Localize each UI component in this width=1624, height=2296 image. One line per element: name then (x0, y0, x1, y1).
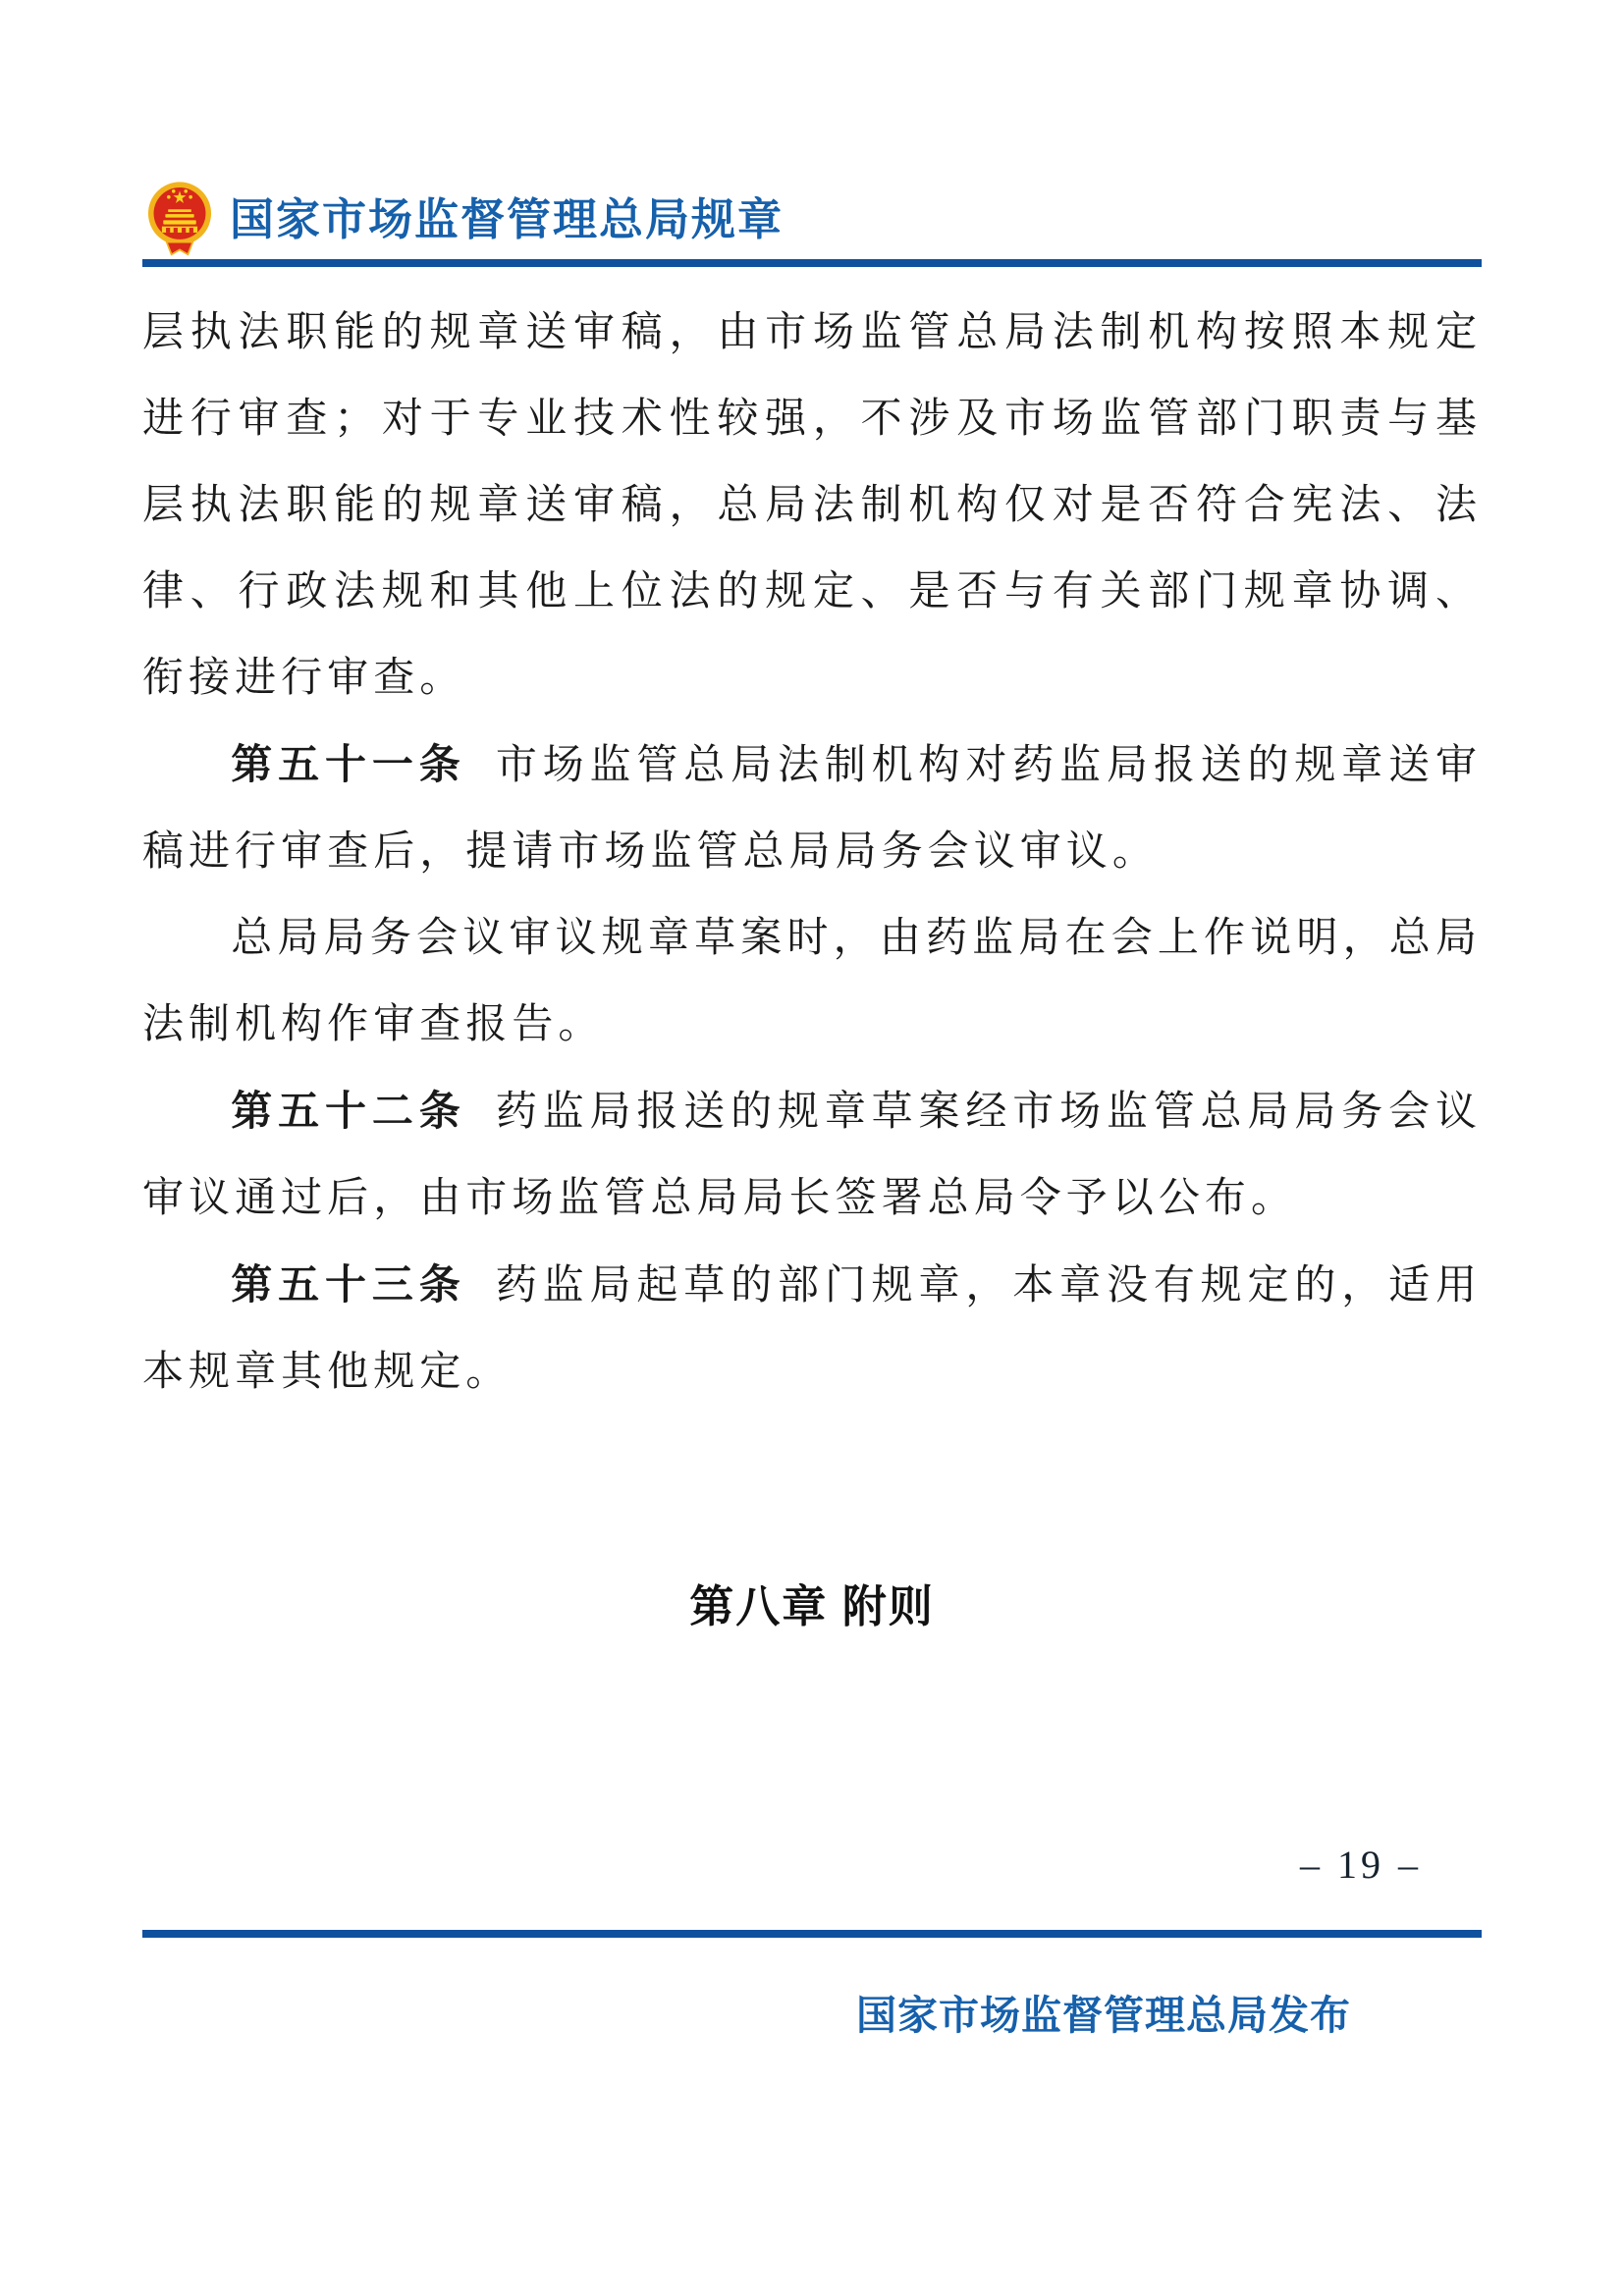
paragraph-text: 总局局务会议审议规章草案时，由药监局在会上作说明，总局法制机构作审查报告。 (142, 916, 1482, 1047)
page-number: – 19 – (1300, 1843, 1422, 1887)
paragraph: 层执法职能的规章送审稿，由市场监管总局法制机构按照本规定进行审查；对于专业技术性… (142, 290, 1482, 721)
publisher-line: 国家市场监督管理总局发布 (856, 1993, 1351, 2038)
page-header: 国家市场监督管理总局规章 (145, 181, 784, 257)
paragraph: 总局局务会议审议规章草案时，由药监局在会上作说明，总局法制机构作审查报告。 (142, 895, 1482, 1068)
paragraph: 第五十一条市场监管总局法制机构对药监局报送的规章送审稿进行审查后，提请市场监管总… (142, 721, 1482, 895)
article-number: 第五十三条 (231, 1261, 465, 1308)
paragraph: 第五十三条药监局起草的部门规章，本章没有规定的，适用本规章其他规定。 (142, 1242, 1482, 1415)
header-title: 国家市场监督管理总局规章 (230, 197, 784, 241)
article-number: 第五十一条 (231, 741, 465, 787)
paragraph-text: 层执法职能的规章送审稿，由市场监管总局法制机构按照本规定进行审查；对于专业技术性… (142, 310, 1482, 701)
article-number: 第五十二条 (231, 1088, 465, 1134)
body-text: 层执法职能的规章送审稿，由市场监管总局法制机构按照本规定进行审查；对于专业技术性… (142, 290, 1482, 1415)
paragraph: 第五十二条药监局报送的规章草案经市场监管总局局务会议审议通过后，由市场监管总局局… (142, 1068, 1482, 1242)
national-emblem-icon (145, 181, 214, 257)
chapter-heading: 第八章 附则 (142, 1582, 1482, 1631)
header-rule (142, 259, 1482, 267)
footer-rule (142, 1930, 1482, 1938)
document-page: 国家市场监督管理总局规章 层执法职能的规章送审稿，由市场监管总局法制机构按照本规… (0, 0, 1624, 2296)
